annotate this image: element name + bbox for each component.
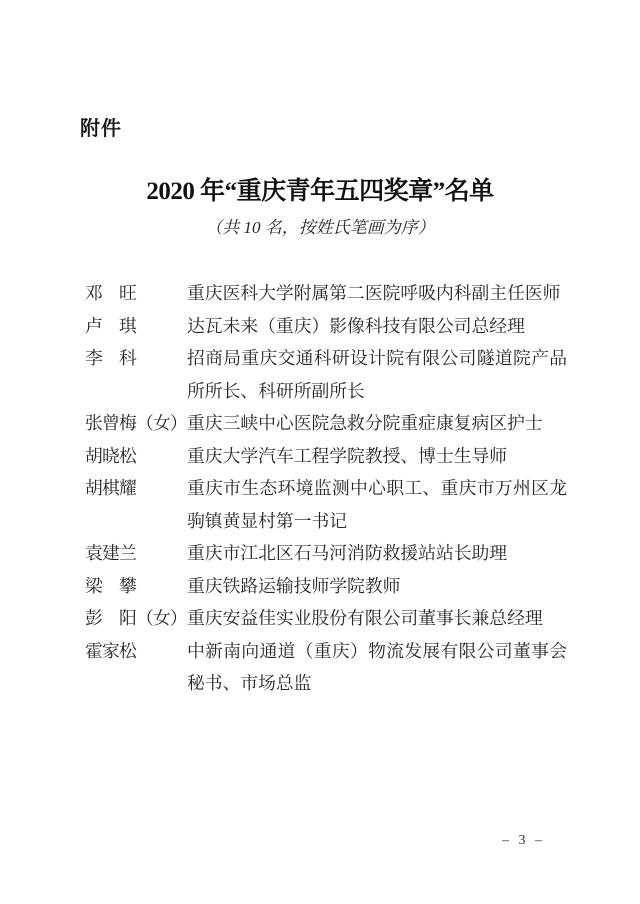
awardee-description: 重庆安益佳实业股份有限公司董事长兼总经理: [187, 602, 567, 635]
awardee-row: 邓 旺 重庆医科大学附属第二医院呼吸内科副主任医师: [85, 277, 567, 310]
awardee-name: 邓 旺: [85, 277, 187, 310]
awardee-name: 胡棋耀: [85, 472, 187, 505]
awardee-row: 霍家松 中新南向通道（重庆）物流发展有限公司董事会秘书、市场总监: [85, 635, 567, 700]
document-page: 附件 2020 年“重庆青年五四奖章”名单 （共 10 名，按姓氏笔画为序） 邓…: [0, 0, 640, 904]
awardee-name: 卢 琪: [85, 310, 187, 343]
awardee-description: 重庆市江北区石马河消防救援站站长助理: [187, 537, 567, 570]
awardee-name: 胡晓松: [85, 440, 187, 473]
awardee-row: 胡棋耀 重庆市生态环境监测中心职工、重庆市万州区龙驹镇黄显村第一书记: [85, 472, 567, 537]
document-title: 2020 年“重庆青年五四奖章”名单: [0, 171, 640, 207]
awardee-description: 重庆三峡中心医院急救分院重症康复病区护士: [187, 407, 567, 440]
awardee-row: 袁建兰 重庆市江北区石马河消防救援站站长助理: [85, 537, 567, 570]
awardee-description: 达瓦未来（重庆）影像科技有限公司总经理: [187, 310, 567, 343]
awardee-name: 张曾梅（女）: [85, 407, 187, 440]
awardee-row: 李 科 招商局重庆交通科研设计院有限公司隧道院产品所所长、科研所副所长: [85, 342, 567, 407]
document-subtitle: （共 10 名，按姓氏笔画为序）: [0, 213, 640, 238]
awardee-description: 重庆铁路运输技师学院教师: [187, 570, 567, 603]
awardee-name: 袁建兰: [85, 537, 187, 570]
awardee-description: 招商局重庆交通科研设计院有限公司隧道院产品所所长、科研所副所长: [187, 342, 567, 407]
page-number: – 3 –: [502, 833, 545, 849]
awardee-name: 霍家松: [85, 635, 187, 668]
awardee-description: 重庆市生态环境监测中心职工、重庆市万州区龙驹镇黄显村第一书记: [187, 472, 567, 537]
awardee-name: 梁 攀: [85, 570, 187, 603]
awardee-description: 重庆医科大学附属第二医院呼吸内科副主任医师: [187, 277, 567, 310]
awardee-list: 邓 旺 重庆医科大学附属第二医院呼吸内科副主任医师 卢 琪 达瓦未来（重庆）影像…: [85, 277, 567, 700]
awardee-row: 胡晓松 重庆大学汽车工程学院教授、博士生导师: [85, 440, 567, 473]
awardee-description: 中新南向通道（重庆）物流发展有限公司董事会秘书、市场总监: [187, 635, 567, 700]
awardee-row: 梁 攀 重庆铁路运输技师学院教师: [85, 570, 567, 603]
attachment-label: 附件: [80, 112, 122, 141]
awardee-name: 李 科: [85, 342, 187, 375]
awardee-name: 彭 阳（女）: [85, 602, 187, 635]
awardee-row: 张曾梅（女） 重庆三峡中心医院急救分院重症康复病区护士: [85, 407, 567, 440]
awardee-row: 彭 阳（女） 重庆安益佳实业股份有限公司董事长兼总经理: [85, 602, 567, 635]
awardee-row: 卢 琪 达瓦未来（重庆）影像科技有限公司总经理: [85, 310, 567, 343]
awardee-description: 重庆大学汽车工程学院教授、博士生导师: [187, 440, 567, 473]
